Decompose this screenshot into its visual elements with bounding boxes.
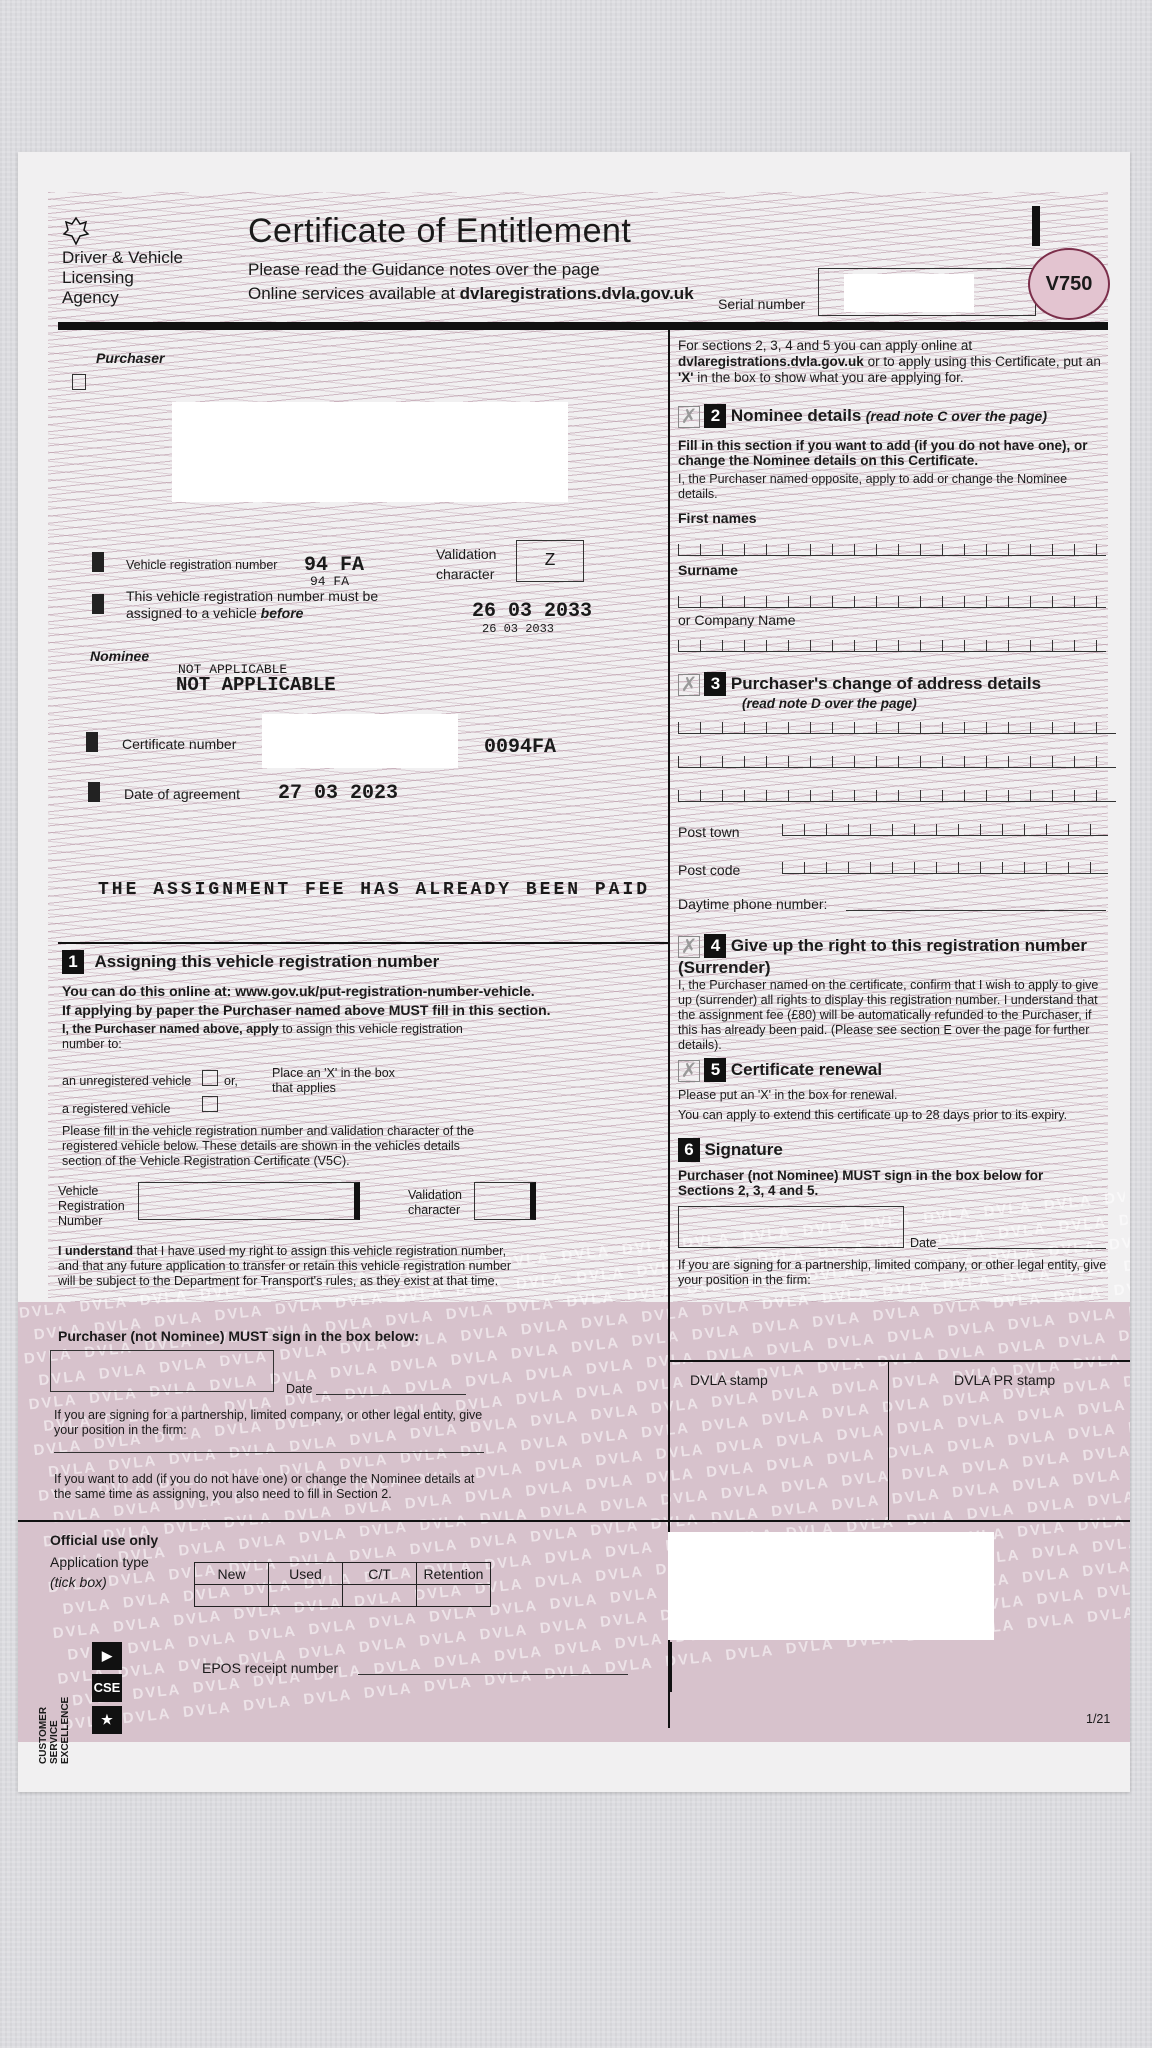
section3-number: 3 xyxy=(704,672,726,696)
section3-title: Purchaser's change of address details xyxy=(731,674,1041,693)
epos-label: EPOS receipt number xyxy=(202,1660,338,1677)
certificate-suffix: 0094FA xyxy=(484,736,556,759)
section2-checkbox[interactable]: ✗ xyxy=(678,406,700,428)
app-type-used: Used xyxy=(269,1563,343,1585)
certificate-label: Certificate number xyxy=(122,736,236,753)
validation-label-line: Validation xyxy=(436,544,496,564)
before-word: before xyxy=(261,605,304,621)
section1-title: Assigning this vehicle registration numb… xyxy=(94,952,439,971)
cse-badge: ▶ CSE ★ xyxy=(92,1642,122,1734)
online-services: Online services available at dvlaregistr… xyxy=(248,284,694,304)
unregistered-label: an unregistered vehicle xyxy=(62,1074,191,1089)
before-date-small: 26 03 2033 xyxy=(482,622,554,636)
section6-number: 6 xyxy=(678,1138,700,1162)
cse-line: CUSTOMER xyxy=(38,1697,49,1764)
address-line-3[interactable] xyxy=(678,790,1116,802)
section2-number: 2 xyxy=(704,404,726,428)
section1-heading: 1 Assigning this vehicle registration nu… xyxy=(62,950,439,974)
section6-text: Purchaser (not Nominee) MUST sign in the… xyxy=(678,1168,1098,1198)
official-rule xyxy=(18,1520,1130,1522)
column-divider xyxy=(668,328,670,1728)
section3-note: (read note D over the page) xyxy=(742,696,917,711)
vrn-value-small: 94 FA xyxy=(310,574,349,589)
marker xyxy=(92,552,104,572)
fill-in-note: Please fill in the vehicle registration … xyxy=(62,1124,502,1169)
page-ref: 1/21 xyxy=(1086,1712,1110,1727)
before-date: 26 03 2033 xyxy=(472,600,592,623)
marker xyxy=(86,732,98,752)
certificate-paper: DVLA DVLA DVLA DVLA DVLA DVLA DVLA DVLA … xyxy=(18,152,1130,1792)
dvla-pr-stamp-label: DVLA PR stamp xyxy=(954,1372,1055,1389)
address-line-2[interactable] xyxy=(678,756,1116,768)
marker xyxy=(88,782,100,802)
vrn-label: Vehicle registration number xyxy=(126,558,277,573)
surname-label: Surname xyxy=(678,562,738,579)
place-x-note: Place an 'X' in the box that applies xyxy=(272,1066,402,1096)
partnership-note: If you are signing for a partnership, li… xyxy=(54,1408,484,1438)
post-town-field[interactable] xyxy=(782,824,1108,836)
section3-checkbox[interactable]: ✗ xyxy=(678,674,700,696)
surname-field[interactable] xyxy=(678,596,1106,608)
sign-label: Purchaser (not Nominee) MUST sign in the… xyxy=(58,1328,419,1345)
stamp-divider xyxy=(888,1360,889,1520)
post-town-label: Post town xyxy=(678,824,739,841)
certificate-number-redacted xyxy=(262,714,458,768)
header-bar xyxy=(1032,206,1040,246)
stamp-rule xyxy=(668,1360,1130,1362)
tick-retention[interactable] xyxy=(417,1585,491,1607)
crest-icon xyxy=(62,216,90,251)
play-icon: ▶ xyxy=(92,1642,122,1670)
section6-partnership: If you are signing for a partnership, li… xyxy=(678,1258,1108,1288)
section4-heading: ✗ 4 Give up the right to this registrati… xyxy=(678,934,1108,978)
tick-used[interactable] xyxy=(269,1585,343,1607)
understand-note: I understand that I have used my right t… xyxy=(58,1244,528,1289)
section6-title: Signature xyxy=(704,1140,782,1159)
application-type-table: New Used C/T Retention xyxy=(194,1562,491,1607)
serial-number-redacted xyxy=(844,274,974,312)
section3-heading: ✗ 3 Purchaser's change of address detail… xyxy=(678,672,1041,696)
app-type-label: Application type xyxy=(50,1554,149,1571)
apply-bold: I, the Purchaser named above, apply xyxy=(62,1022,279,1036)
signature-box[interactable] xyxy=(50,1350,274,1392)
cse-line: SERVICE xyxy=(49,1697,60,1764)
vrn-field-label: Vehicle Registration Number xyxy=(58,1184,118,1229)
tick-new[interactable] xyxy=(195,1585,269,1607)
purchaser-label: Purchaser xyxy=(96,350,164,366)
section5-title: Certificate renewal xyxy=(731,1060,882,1079)
app-type-retention: Retention xyxy=(417,1563,491,1585)
section6-signature-box[interactable] xyxy=(678,1206,904,1248)
online-prefix: Online services available at xyxy=(248,284,460,303)
intro-3: in the box to show what you are applying… xyxy=(693,370,963,385)
phone-field[interactable] xyxy=(846,910,1106,911)
agency-line: Agency xyxy=(62,288,183,308)
first-names-label: First names xyxy=(678,510,757,527)
agency-line: Driver & Vehicle xyxy=(62,248,183,268)
online-url: dvlaregistrations.dvla.gov.uk xyxy=(460,284,694,303)
agency-line: Licensing xyxy=(62,268,183,288)
before-line: This vehicle registration number must be xyxy=(126,588,378,605)
section1-online-line: You can do this online at: www.gov.uk/pu… xyxy=(62,982,662,1001)
registered-checkbox[interactable] xyxy=(202,1096,218,1112)
purchaser-checkbox[interactable] xyxy=(72,374,86,390)
section6-date-label: Date xyxy=(910,1236,936,1251)
section2-note: (read note C over the page) xyxy=(866,408,1047,424)
section1-number: 1 xyxy=(62,950,84,974)
serial-label: Serial number xyxy=(718,296,805,313)
section4-text: I, the Purchaser named on the certificat… xyxy=(678,978,1110,1053)
section5-text-1: Please put an 'X' in the box for renewal… xyxy=(678,1088,898,1103)
cse-text: CUSTOMER SERVICE EXCELLENCE xyxy=(38,1697,71,1764)
section5-number: 5 xyxy=(704,1058,726,1082)
agreement-label: Date of agreement xyxy=(124,786,240,803)
nominee-note: If you want to add (if you do not have o… xyxy=(54,1472,494,1502)
understand-bold: I understand xyxy=(58,1244,133,1258)
section5-checkbox[interactable]: ✗ xyxy=(678,1060,700,1082)
phone-label: Daytime phone number: xyxy=(678,896,827,913)
cse-line: EXCELLENCE xyxy=(60,1697,71,1764)
unregistered-text: an unregistered vehicle xyxy=(62,1074,191,1088)
vrn-field[interactable] xyxy=(138,1182,360,1220)
agency-name: Driver & Vehicle Licensing Agency xyxy=(62,248,183,308)
cse-label: CSE xyxy=(92,1674,122,1702)
validation-field-label: Validation character xyxy=(408,1188,468,1218)
tick-ct[interactable] xyxy=(343,1585,417,1607)
company-field[interactable] xyxy=(678,640,1106,652)
section2-apply: I, the Purchaser named opposite, apply t… xyxy=(678,472,1098,502)
star-icon: ★ xyxy=(92,1706,122,1734)
official-title: Official use only xyxy=(50,1532,158,1549)
section5-heading: ✗ 5 Certificate renewal xyxy=(678,1058,882,1082)
official-redacted xyxy=(668,1532,994,1640)
validation-field[interactable] xyxy=(474,1182,536,1220)
intro-2: or to apply using this Certificate, put … xyxy=(864,354,1101,369)
purchaser-address-redacted xyxy=(172,402,568,502)
official-divider xyxy=(670,1642,672,1692)
section1-apply: I, the Purchaser named above, apply to a… xyxy=(62,1022,492,1052)
epos-field[interactable] xyxy=(358,1674,628,1675)
post-code-field[interactable] xyxy=(782,862,1108,874)
intro-x: 'X' xyxy=(678,370,693,385)
validation-value: Z xyxy=(516,540,584,582)
subtitle: Please read the Guidance notes over the … xyxy=(248,260,600,280)
validation-label: Validation character xyxy=(436,544,496,584)
app-type-new: New xyxy=(195,1563,269,1585)
nominee-label: Nominee xyxy=(90,648,149,664)
section5-text-2: You can apply to extend this certificate… xyxy=(678,1108,1067,1123)
tick-label: (tick box) xyxy=(50,1574,107,1591)
marker xyxy=(92,594,104,614)
section2-fill: Fill in this section if you want to add … xyxy=(678,438,1108,468)
intro-url: dvlaregistrations.dvla.gov.uk xyxy=(678,354,864,369)
date-line[interactable] xyxy=(316,1394,466,1395)
before-line: assigned to a vehicle xyxy=(126,605,257,621)
before-text: This vehicle registration number must be… xyxy=(126,588,378,622)
company-label: or Company Name xyxy=(678,612,796,629)
agreement-date: 27 03 2023 xyxy=(278,782,398,805)
fee-notice: THE ASSIGNMENT FEE HAS ALREADY BEEN PAID xyxy=(98,880,650,900)
dvla-stamp-label: DVLA stamp xyxy=(690,1372,768,1389)
right-intro: For sections 2, 3, 4 and 5 you can apply… xyxy=(678,338,1108,386)
page-title: Certificate of Entitlement xyxy=(248,212,631,251)
registered-label: a registered vehicle xyxy=(62,1102,170,1117)
section2-title: Nominee details xyxy=(731,406,861,425)
section4-checkbox[interactable]: ✗ xyxy=(678,936,700,958)
header-rule xyxy=(58,322,1108,330)
section1-paper-line: If applying by paper the Purchaser named… xyxy=(62,1001,662,1020)
section6-heading: 6 Signature xyxy=(678,1138,783,1162)
unregistered-checkbox[interactable] xyxy=(202,1070,218,1086)
form-code-badge: V750 xyxy=(1028,248,1110,320)
or-text: or, xyxy=(224,1074,238,1089)
address-line-1[interactable] xyxy=(678,722,1116,734)
section4-title: Give up the right to this registration n… xyxy=(678,936,1087,977)
section1-rule xyxy=(58,942,670,944)
validation-label-line: character xyxy=(436,564,496,584)
intro-1: For sections 2, 3, 4 and 5 you can apply… xyxy=(678,338,972,353)
post-code-label: Post code xyxy=(678,862,740,879)
nominee-value: NOT APPLICABLE xyxy=(176,674,336,696)
date-label: Date xyxy=(286,1382,312,1397)
section6-date-line[interactable] xyxy=(938,1248,1106,1249)
section4-number: 4 xyxy=(704,934,726,958)
position-line[interactable] xyxy=(54,1452,484,1453)
section2-heading: ✗ 2 Nominee details (read note C over th… xyxy=(678,404,1047,428)
app-type-ct: C/T xyxy=(343,1563,417,1585)
first-names-field[interactable] xyxy=(678,544,1106,556)
section1-intro: You can do this online at: www.gov.uk/pu… xyxy=(62,982,662,1020)
